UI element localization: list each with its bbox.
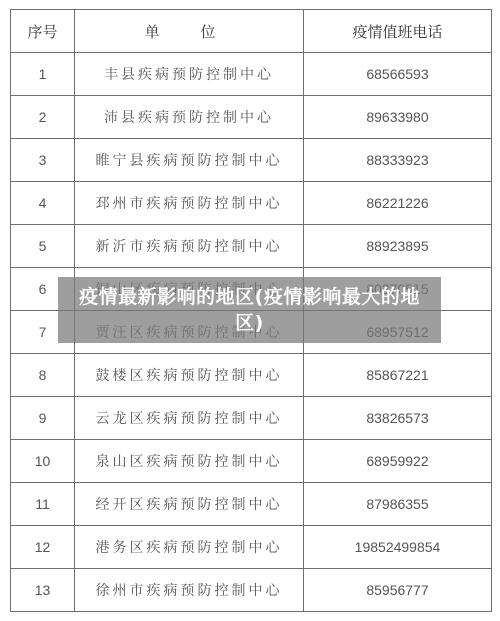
row-index: 9	[11, 397, 75, 440]
row-phone: 88333923	[304, 139, 492, 182]
row-phone: 87986355	[304, 483, 492, 526]
row-index: 11	[11, 483, 75, 526]
row-unit: 新沂市疾病预防控制中心	[75, 225, 304, 268]
title-overlay-banner: 疫情最新影响的地区(疫情影响最大的地区)	[58, 277, 441, 343]
table-row: 2 沛县疾病预防控制中心 89633980	[11, 96, 492, 139]
row-unit: 睢宁县疾病预防控制中心	[75, 139, 304, 182]
row-phone: 89633980	[304, 96, 492, 139]
row-phone: 68566593	[304, 53, 492, 96]
overlay-title: 疫情最新影响的地区(疫情影响最大的地区)	[79, 286, 420, 334]
row-phone: 86221226	[304, 182, 492, 225]
table-header-row: 序号 单 位 疫情值班电话	[11, 10, 492, 53]
table-row: 3 睢宁县疾病预防控制中心 88333923	[11, 139, 492, 182]
row-unit: 港务区疾病预防控制中心	[75, 526, 304, 569]
row-index: 12	[11, 526, 75, 569]
row-phone: 83826573	[304, 397, 492, 440]
row-phone: 88923895	[304, 225, 492, 268]
row-index: 2	[11, 96, 75, 139]
row-index: 3	[11, 139, 75, 182]
row-phone: 85867221	[304, 354, 492, 397]
row-phone: 85956777	[304, 569, 492, 612]
table-row: 4 邳州市疾病预防控制中心 86221226	[11, 182, 492, 225]
row-unit: 经开区疾病预防控制中心	[75, 483, 304, 526]
table-row: 12 港务区疾病预防控制中心 19852499854	[11, 526, 492, 569]
table-row: 10 泉山区疾病预防控制中心 68959922	[11, 440, 492, 483]
row-unit: 泉山区疾病预防控制中心	[75, 440, 304, 483]
table-row: 9 云龙区疾病预防控制中心 83826573	[11, 397, 492, 440]
row-unit: 云龙区疾病预防控制中心	[75, 397, 304, 440]
table-row: 1 丰县疾病预防控制中心 68566593	[11, 53, 492, 96]
row-phone: 68959922	[304, 440, 492, 483]
row-index: 13	[11, 569, 75, 612]
header-unit: 单 位	[75, 10, 304, 53]
row-unit: 丰县疾病预防控制中心	[75, 53, 304, 96]
row-index: 1	[11, 53, 75, 96]
row-unit: 沛县疾病预防控制中心	[75, 96, 304, 139]
table-row: 13 徐州市疾病预防控制中心 85956777	[11, 569, 492, 612]
row-unit: 邳州市疾病预防控制中心	[75, 182, 304, 225]
header-index: 序号	[11, 10, 75, 53]
row-index: 4	[11, 182, 75, 225]
row-unit: 徐州市疾病预防控制中心	[75, 569, 304, 612]
row-phone: 19852499854	[304, 526, 492, 569]
table-row: 11 经开区疾病预防控制中心 87986355	[11, 483, 492, 526]
header-phone: 疫情值班电话	[304, 10, 492, 53]
table-row: 8 鼓楼区疾病预防控制中心 85867221	[11, 354, 492, 397]
row-unit: 鼓楼区疾病预防控制中心	[75, 354, 304, 397]
row-index: 8	[11, 354, 75, 397]
row-index: 10	[11, 440, 75, 483]
table-row: 5 新沂市疾病预防控制中心 88923895	[11, 225, 492, 268]
row-index: 5	[11, 225, 75, 268]
